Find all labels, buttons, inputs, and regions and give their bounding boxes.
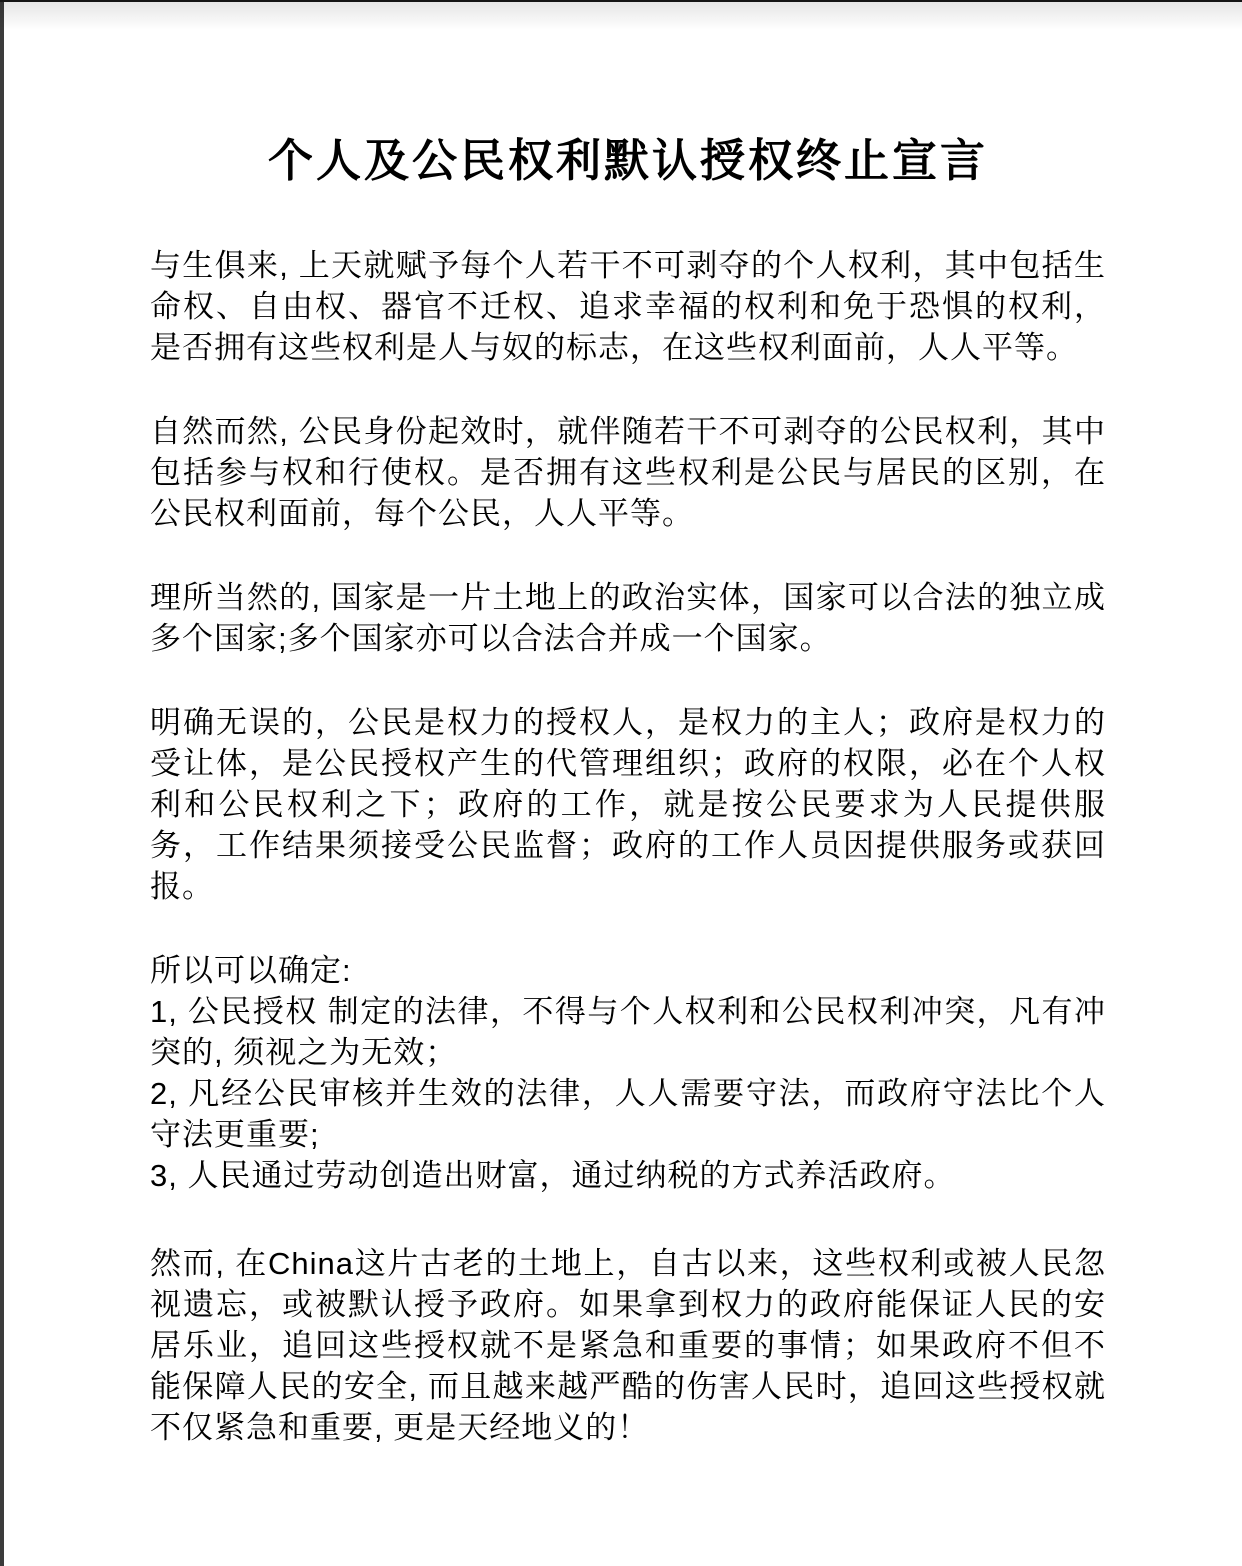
document-title: 个人及公民权利默认授权终止宣言 (150, 132, 1106, 191)
conclusions-heading: 所以可以确定: (150, 950, 1106, 991)
paragraph-civil-rights: 自然而然, 公民身份起效时，就伴随若干不可剥夺的公民权利，其中包括参与权和行使权… (150, 411, 1106, 534)
conclusion-item-2: 2, 凡经公民审核并生效的法律，人人需要守法，而政府守法比个人守法更重要; (150, 1073, 1106, 1155)
conclusions-block: 所以可以确定: 1, 公民授权 制定的法律，不得与个人权利和公民权利冲突，凡有冲… (150, 950, 1106, 1196)
conclusion-item-1: 1, 公民授权 制定的法律，不得与个人权利和公民权利冲突，凡有冲突的, 须视之为… (150, 991, 1106, 1073)
document-page: 个人及公民权利默认授权终止宣言 与生俱来, 上天就赋予每个人若干不可剥夺的个人权… (150, 0, 1106, 1448)
page-left-edge-line (0, 0, 4, 1566)
paragraph-nation-entity: 理所当然的, 国家是一片土地上的政治实体，国家可以合法的独立成多个国家;多个国家… (150, 577, 1106, 659)
document-body: 与生俱来, 上天就赋予每个人若干不可剥夺的个人权利，其中包括生命权、自由权、器官… (150, 245, 1106, 1448)
paragraph-innate-personal-rights: 与生俱来, 上天就赋予每个人若干不可剥夺的个人权利，其中包括生命权、自由权、器官… (150, 245, 1106, 368)
conclusion-item-3: 3, 人民通过劳动创造出财富，通过纳税的方式养活政府。 (150, 1155, 1106, 1196)
paragraph-citizen-authorizer: 明确无误的，公民是权力的授权人，是权力的主人；政府是权力的受让体，是公民授权产生… (150, 702, 1106, 907)
paragraph-closing: 然而, 在China这片古老的土地上，自古以来，这些权利或被人民忽视遗忘，或被默… (150, 1243, 1106, 1448)
